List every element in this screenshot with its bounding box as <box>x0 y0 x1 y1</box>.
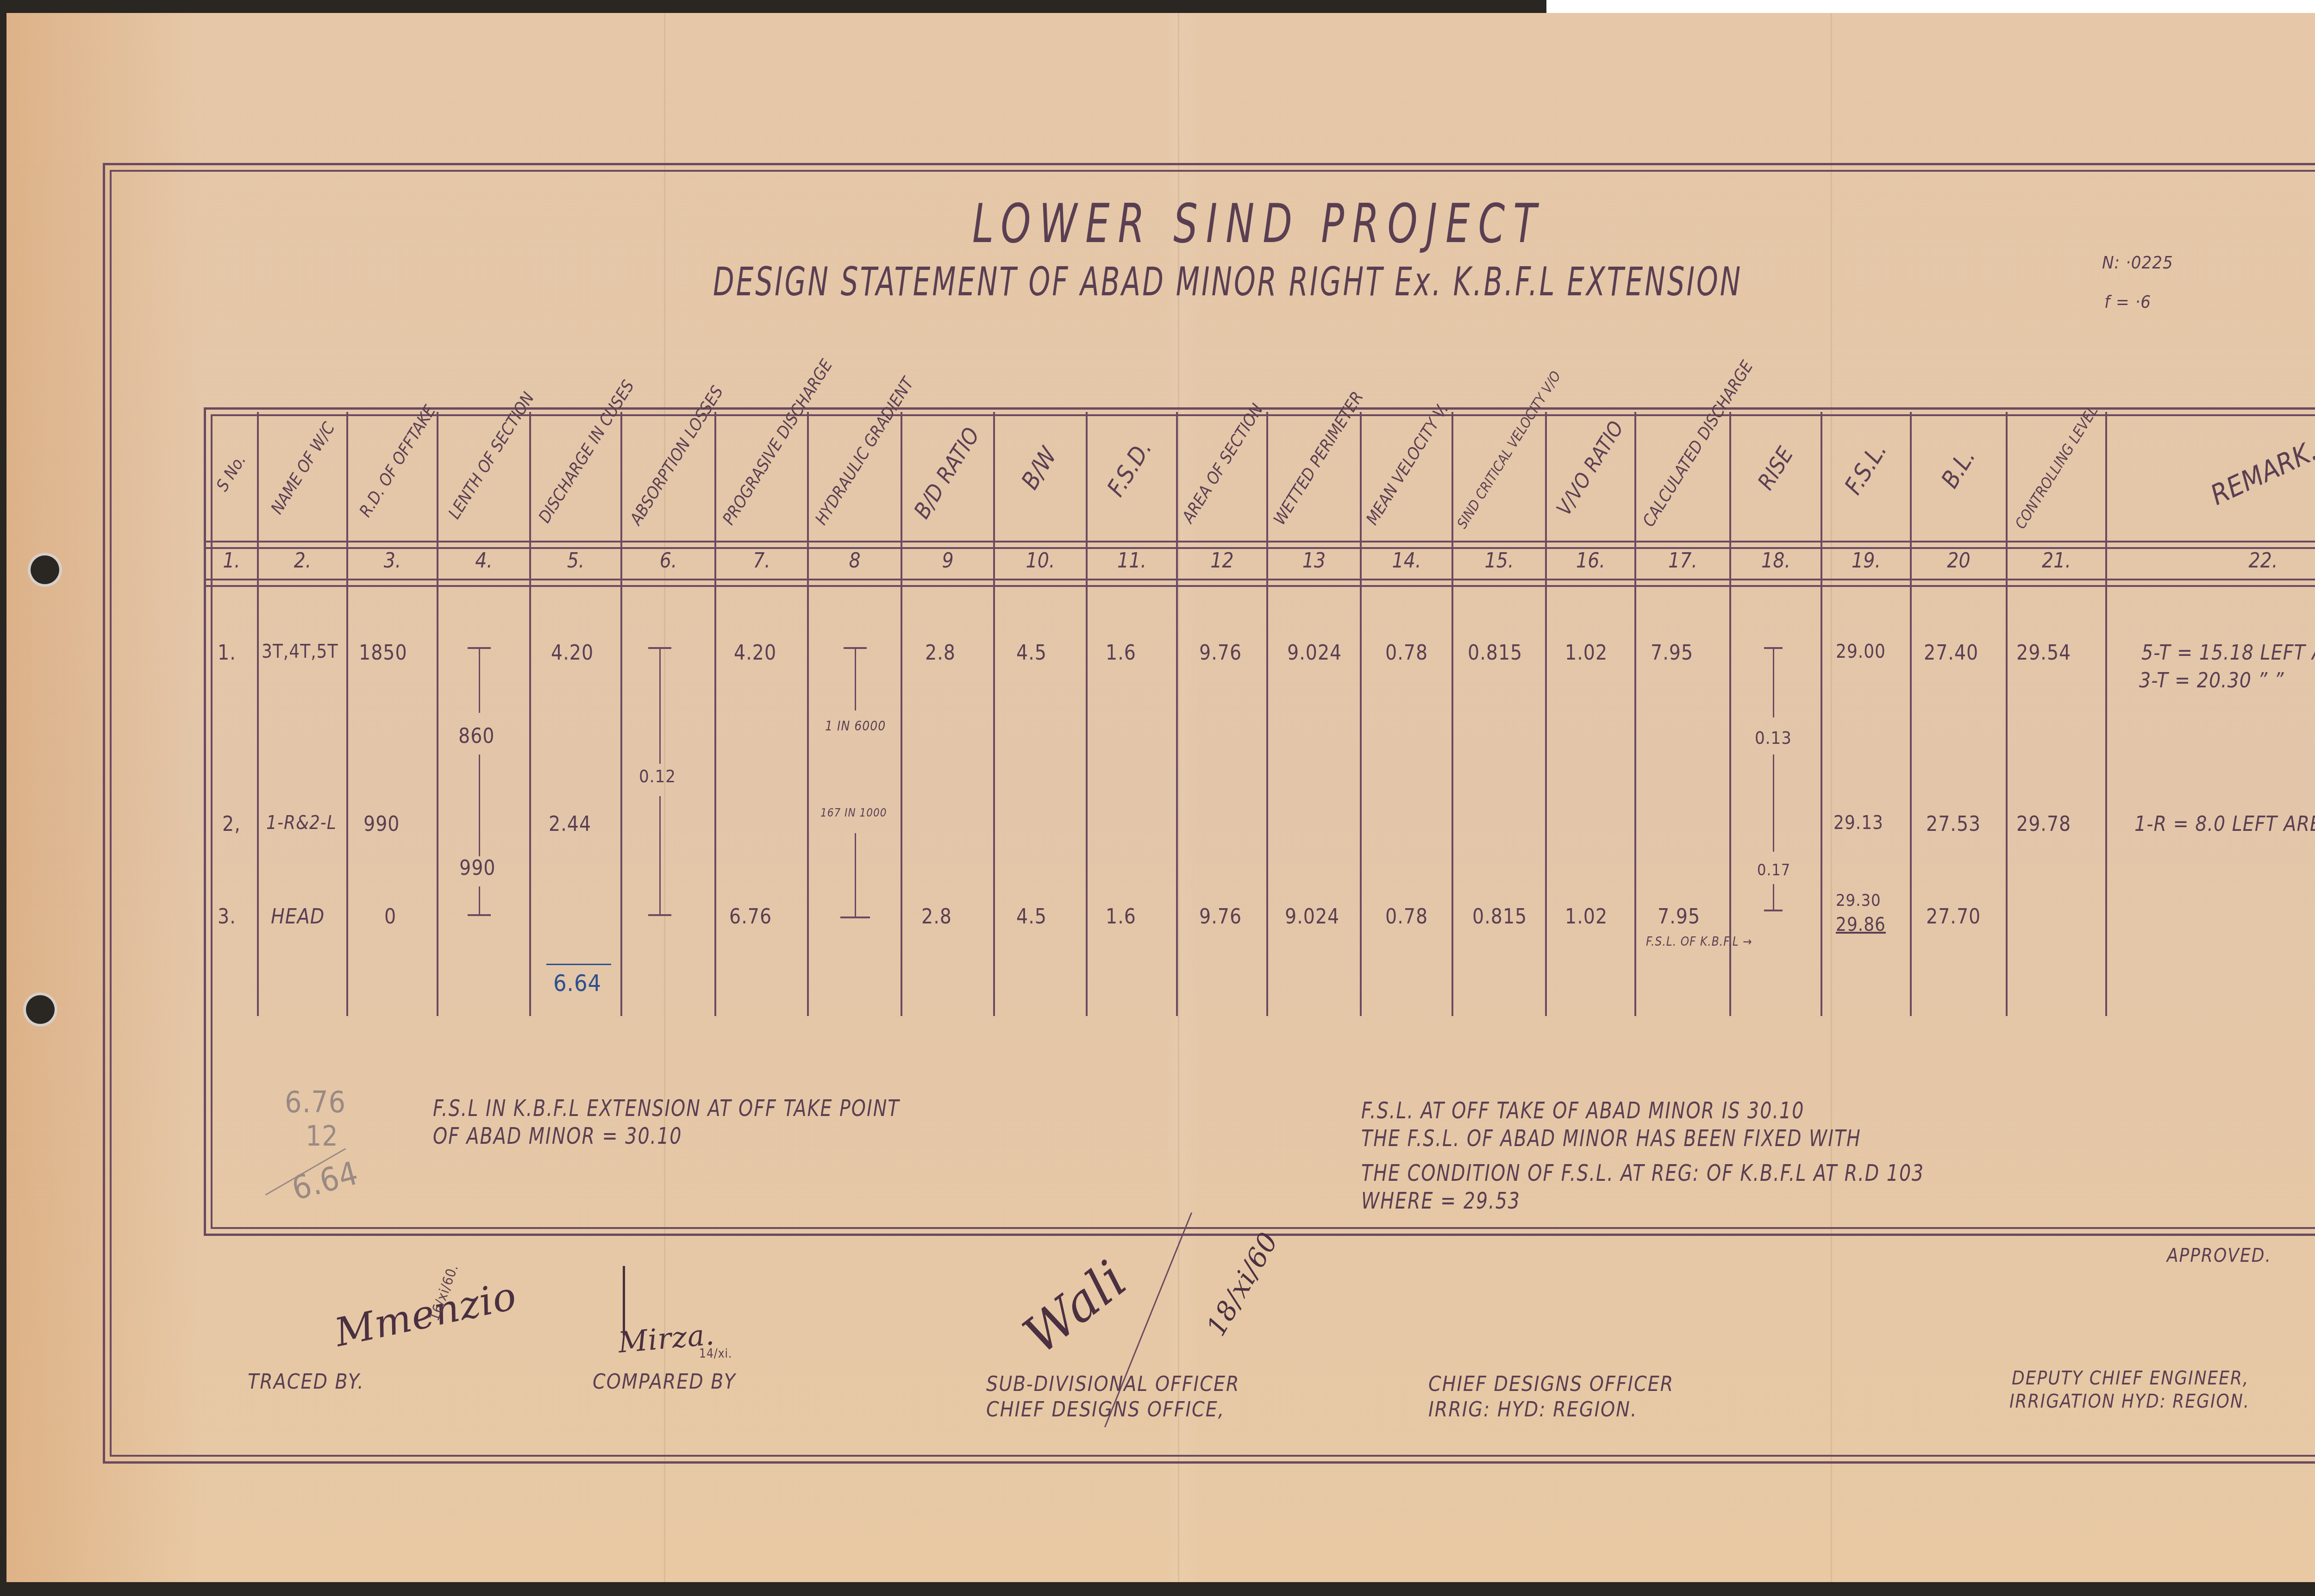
number-row-divider <box>206 579 2315 580</box>
cell-critical-velocity: 0.815 <box>1468 641 1522 665</box>
handwritten-total: 6.64 <box>553 970 601 997</box>
column-divider <box>2006 412 2008 1016</box>
cell-bw: 4.5 <box>1016 905 1047 929</box>
cell-bl: 27.53 <box>1926 812 1981 836</box>
col-number: 2. <box>259 549 346 573</box>
dimension-line <box>659 648 661 764</box>
approved-label: APPROVED. <box>2167 1245 2271 1266</box>
col-number: 21. <box>2008 549 2105 573</box>
header-divider <box>206 541 2315 542</box>
note-right-line1: F.S.L. AT OFF TAKE OF ABAD MINOR IS 30.1… <box>1361 1097 1804 1124</box>
dimension-line <box>855 833 856 916</box>
document-subtitle: DESIGN STATEMENT OF ABAD MINOR RIGHT Ex.… <box>713 258 1742 305</box>
cell-remark: 1-R = 8.0 LEFT AREA. <box>2134 812 2315 836</box>
column-divider <box>1545 412 1547 1016</box>
column-divider <box>257 412 259 1016</box>
note-right-line2: THE F.S.L. OF ABAD MINOR HAS BEEN FIXED … <box>1361 1125 1861 1152</box>
dimension-tick <box>1764 910 1783 911</box>
dimension-line <box>479 754 480 856</box>
cell-fsd: 1.6 <box>1106 905 1136 929</box>
span-gradient-lower: 167 IN 1000 <box>820 806 887 819</box>
column-divider <box>437 412 438 1016</box>
col-number: 5. <box>531 549 620 573</box>
cell-bd-ratio: 2.8 <box>925 641 956 665</box>
cell-fsl: 29.30 <box>1836 891 1881 910</box>
col-number: 17. <box>1636 549 1729 573</box>
col-number: 4. <box>438 549 529 573</box>
column-divider <box>346 412 348 1016</box>
dimension-line <box>1773 884 1774 910</box>
dimension-line <box>479 648 480 713</box>
cell-name: 3T,4T,5T <box>262 641 338 662</box>
cell-bd-ratio: 2.8 <box>921 905 952 929</box>
cell-critical-velocity: 0.815 <box>1472 905 1527 929</box>
cell-vvo-ratio: 1.02 <box>1565 641 1608 665</box>
pencil-calc-a: 6.76 <box>285 1085 346 1120</box>
column-divider <box>807 412 809 1016</box>
col-number: 16. <box>1547 549 1634 573</box>
coefficient-f: f = ·6 <box>2104 292 2151 312</box>
column-divider <box>1266 412 1268 1016</box>
cell-remark: 3-T = 20.30 ” ” <box>2139 669 2284 692</box>
col-number: 6. <box>622 549 714 573</box>
note-left-line2: OF ABAD MINOR = 30.10 <box>433 1122 682 1150</box>
dimension-tick <box>468 914 491 916</box>
col-number: 12 <box>1178 549 1266 573</box>
cell-bl: 27.40 <box>1924 641 1978 665</box>
cell-prog-discharge: 6.76 <box>729 905 772 929</box>
cell-discharge: 4.20 <box>551 641 594 665</box>
fsl-kbfl-label: F.S.L. OF K.B.F.L → <box>1646 935 1752 949</box>
total-underline <box>546 964 611 965</box>
column-divider <box>620 412 622 1016</box>
note-left-line1: F.S.L IN K.B.F.L EXTENSION AT OFF TAKE P… <box>433 1095 900 1122</box>
cell-fsl: 29.00 <box>1836 641 1886 662</box>
number-row-divider <box>206 585 2315 587</box>
span-length-upper: 860 <box>458 724 495 748</box>
column-divider <box>1729 412 1731 1016</box>
cell-mean-velocity: 0.78 <box>1385 641 1428 665</box>
note-right-line3: THE CONDITION OF F.S.L. AT REG: OF K.B.F… <box>1361 1160 1924 1187</box>
cell-wetted-perimeter: 9.024 <box>1287 641 1342 665</box>
col-number: 14. <box>1362 549 1452 573</box>
cell-controlling-level: 29.54 <box>2016 641 2071 665</box>
dce-label-line1: DEPUTY CHIEF ENGINEER, <box>2012 1368 2249 1389</box>
compared-date: 14/xi. <box>699 1347 732 1361</box>
column-divider <box>1360 412 1362 1016</box>
span-absorption-losses: 0.12 <box>639 766 676 786</box>
col-number: 9 <box>902 549 993 573</box>
column-divider <box>1086 412 1088 1016</box>
column-divider <box>901 412 902 1016</box>
cell-sno: 3. <box>218 905 236 929</box>
column-divider <box>1176 412 1178 1016</box>
column-divider <box>1910 412 1912 1016</box>
cell-fsd: 1.6 <box>1106 641 1136 665</box>
col-number: 10. <box>995 549 1086 573</box>
cell-rd: 990 <box>363 812 400 836</box>
column-divider <box>714 412 716 1016</box>
cell-bw: 4.5 <box>1016 641 1047 665</box>
cdo-label-line2: IRRIG: HYD: REGION. <box>1428 1398 1637 1421</box>
compared-by-label: COMPARED BY <box>593 1370 736 1394</box>
col-number: 3. <box>348 549 437 573</box>
cell-rd: 1850 <box>359 641 407 665</box>
col-number: 22. <box>2107 549 2315 573</box>
span-length-lower: 990 <box>459 856 496 880</box>
column-divider <box>529 412 531 1016</box>
cell-calc-discharge: 7.95 <box>1651 641 1693 665</box>
sdo-label-line2: CHIEF DESIGNS OFFICE, <box>986 1398 1225 1421</box>
col-number: 15. <box>1453 549 1545 573</box>
dimension-tick <box>648 914 671 916</box>
column-divider <box>993 412 995 1016</box>
dimension-tick <box>840 916 870 918</box>
column-divider <box>1452 412 1453 1016</box>
cell-bl: 27.70 <box>1926 905 1981 929</box>
cell-name: 1-R&2-L <box>266 812 337 834</box>
traced-by-label: TRACED BY. <box>248 1370 364 1394</box>
scan-background-strip <box>1546 0 2315 13</box>
cdo-label-line1: CHIEF DESIGNS OFFICER <box>1428 1372 1674 1396</box>
col-number: 13 <box>1268 549 1360 573</box>
cell-prog-discharge: 4.20 <box>734 641 776 665</box>
punch-hole <box>26 995 55 1024</box>
col-number: 20 <box>1912 549 2006 573</box>
cell-area: 9.76 <box>1199 905 1242 929</box>
pencil-calc-b: 12 <box>306 1120 338 1153</box>
col-number: 8 <box>809 549 901 573</box>
cell-rd: 0 <box>384 905 396 929</box>
cell-fsl: 29.13 <box>1833 812 1883 834</box>
cell-sno: 2, <box>222 812 241 836</box>
dimension-line <box>1773 648 1774 717</box>
col-number: 19. <box>1822 549 1910 573</box>
cell-area: 9.76 <box>1199 641 1242 665</box>
cell-mean-velocity: 0.78 <box>1385 905 1428 929</box>
cell-remark: 5-T = 15.18 LEFT AREA <box>2141 641 2315 665</box>
col-number: 18. <box>1731 549 1821 573</box>
span-gradient-upper: 1 IN 6000 <box>825 718 886 734</box>
cell-controlling-level: 29.78 <box>2016 812 2071 836</box>
dimension-line <box>479 886 480 914</box>
cell-wetted-perimeter: 9.024 <box>1285 905 1339 929</box>
document-title: LOWER SIND PROJECT <box>972 193 1545 255</box>
sdo-label-line1: SUB-DIVISIONAL OFFICER <box>986 1372 1239 1396</box>
punch-hole <box>31 555 59 584</box>
column-divider <box>1821 412 1822 1016</box>
cell-fsl: 29.86 <box>1836 914 1886 935</box>
coefficient-n: N: ·0225 <box>2102 252 2173 273</box>
cell-vvo-ratio: 1.02 <box>1565 905 1608 929</box>
dimension-line <box>659 796 661 914</box>
cell-name: HEAD <box>271 905 325 929</box>
cell-discharge: 2.44 <box>549 812 591 836</box>
span-rise-lower: 0.17 <box>1757 861 1790 879</box>
dimension-line <box>1773 754 1774 852</box>
column-divider <box>1634 412 1636 1016</box>
col-number: 11. <box>1088 549 1176 573</box>
signature-stroke <box>623 1266 625 1335</box>
col-number: 1. <box>206 549 257 573</box>
span-rise-upper: 0.13 <box>1755 728 1792 748</box>
col-number: 7. <box>716 549 807 573</box>
dce-label-line2: IRRIGATION HYD: REGION. <box>2009 1391 2250 1412</box>
cell-calc-discharge: 7.95 <box>1658 905 1700 929</box>
cell-sno: 1. <box>218 641 236 665</box>
note-right-line4: WHERE = 29.53 <box>1361 1187 1520 1215</box>
dimension-line <box>855 648 856 711</box>
column-divider <box>2105 412 2107 1016</box>
